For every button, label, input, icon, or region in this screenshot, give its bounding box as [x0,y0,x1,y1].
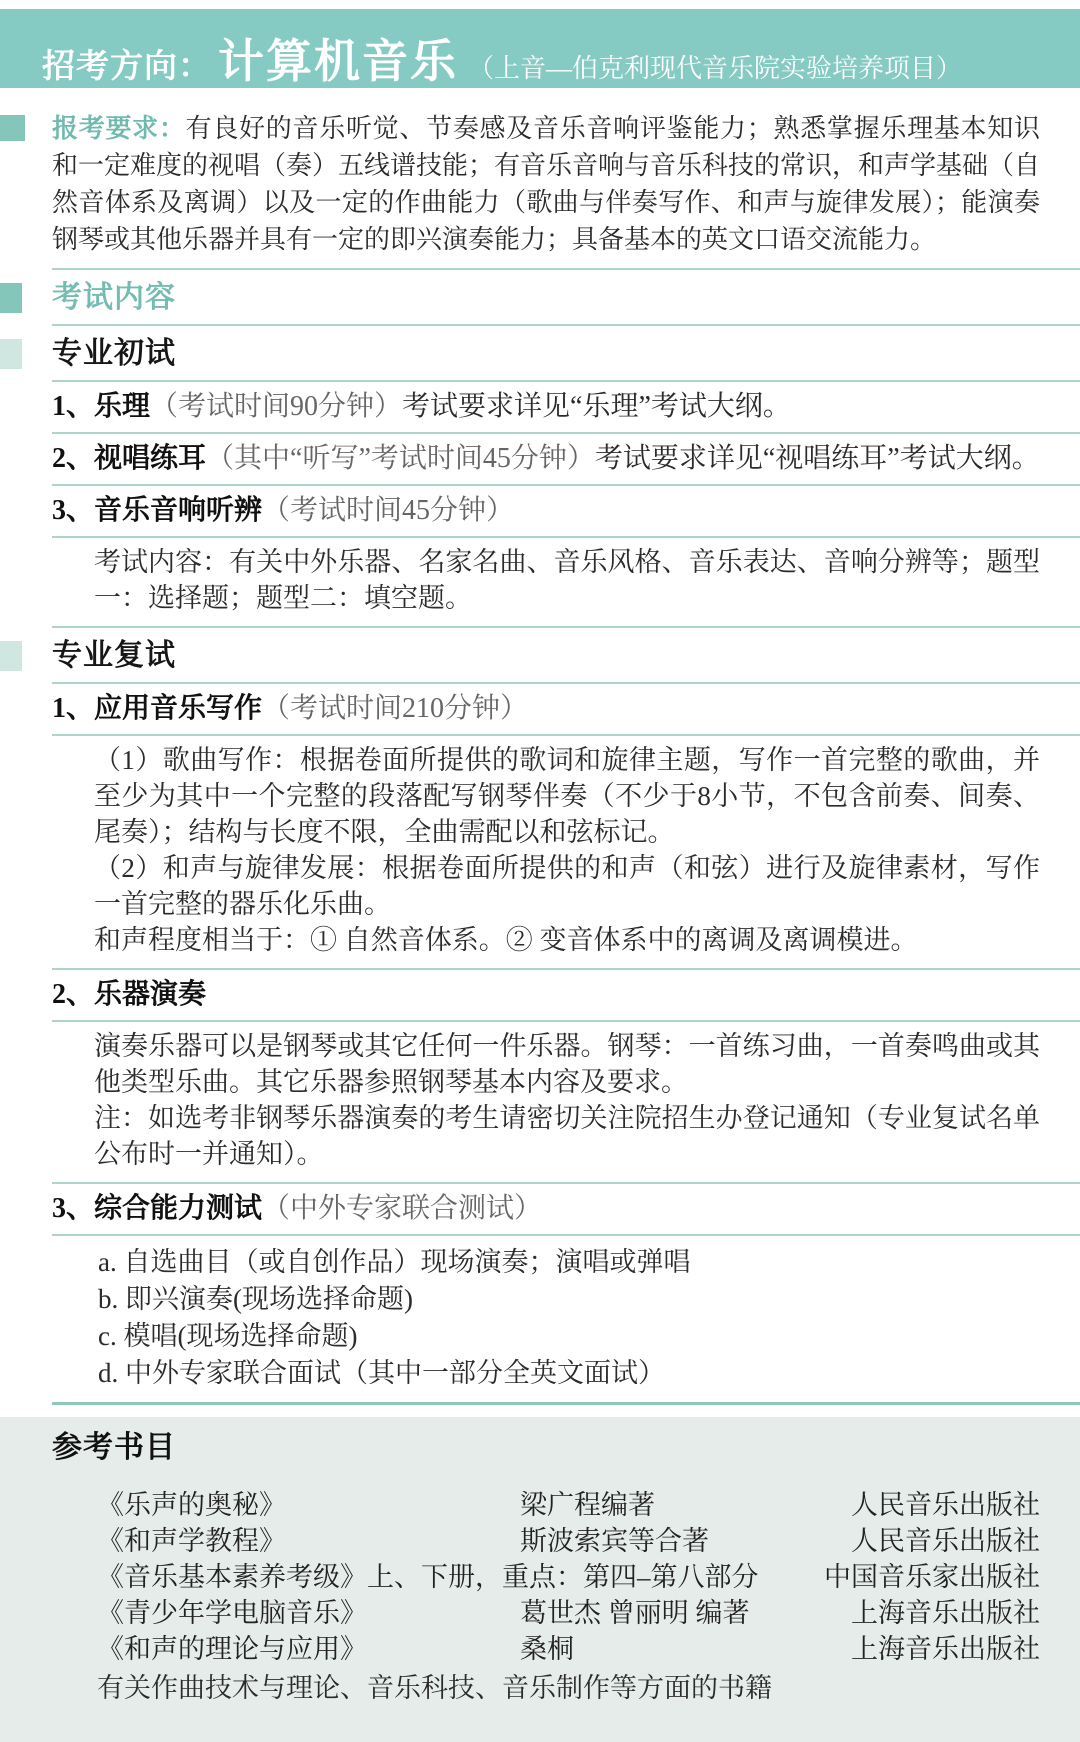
exam-item-rest: 考试要求详见“乐理”考试大纲。 [402,391,791,422]
round-heading: 专业复试 [52,640,1040,672]
page-header: 招考方向： 计算机音乐 （上音—伯克利现代音乐院实验培养项目） [0,9,1080,88]
section-divider [52,968,1080,970]
exam-rounds: 专业初试1、乐理（考试时间90分钟）考试要求详见“乐理”考试大纲。2、视唱练耳（… [52,338,1040,1405]
exam-item: 3、音乐音响听辨（考试时间45分钟） [52,496,1040,526]
book-title: 《音乐基本素养考级》上、下册，重点：第四–第八部分 [97,1559,824,1595]
book-list: 《乐声的奥秘》梁广程编著人民音乐出版社《和声学教程》斯波索宾等合著人民音乐出版社… [97,1487,1040,1667]
section-divider [52,1234,1080,1236]
detail-paragraph: （1）歌曲写作：根据卷面所提供的歌词和旋律主题，写作一首完整的歌曲，并至少为其中… [94,742,1040,850]
exam-item: 1、乐理（考试时间90分钟）考试要求详见“乐理”考试大纲。 [52,392,1040,422]
exam-item: 1、应用音乐写作（考试时间210分钟） [52,694,1040,724]
book-author: 桑桐 [520,1631,824,1667]
section-divider [52,484,1080,486]
requirements-label: 报考要求： [52,114,186,143]
book-author: 斯波索宾等合著 [520,1523,824,1559]
book-publisher: 人民音乐出版社 [824,1523,1040,1559]
exam-item-paren: （考试时间210分钟） [262,693,528,724]
section-divider [52,734,1080,736]
section-divider [52,1020,1080,1022]
detail-paragraph: 注：如选考非钢琴乐器演奏的考生请密切关注院招生办登记通知（专业复试名单公布时一并… [94,1100,1040,1172]
book-title: 《青少年学电脑音乐》 [97,1595,520,1631]
section-marker-square [0,641,22,671]
book-title: 《和声的理论与应用》 [97,1631,520,1667]
list-item: a. 自选曲目（或自创作品）现场演奏；演唱或弹唱 [98,1244,1040,1281]
exam-item-title: 3、综合能力测试 [52,1193,262,1224]
application-requirements: 报考要求：有良好的音乐听觉、节奏感及音乐音响评鉴能力；熟悉掌握乐理基本知识和一定… [52,110,1040,258]
book-title: 《乐声的奥秘》 [97,1487,520,1523]
bibliography-section: 参考书目 《乐声的奥秘》梁广程编著人民音乐出版社《和声学教程》斯波索宾等合著人民… [0,1417,1080,1742]
round-heading: 专业初试 [52,338,1040,370]
bibliography-heading: 参考书目 [52,1433,1040,1463]
book-author: 梁广程编著 [520,1487,824,1523]
section-divider [52,432,1080,434]
book-publisher: 人民音乐出版社 [824,1487,1040,1523]
exam-item-title: 1、乐理 [52,391,150,422]
section-divider [52,324,1080,326]
detail-paragraph: 和声程度相当于：① 自然音体系。② 变音体系中的离调及离调模进。 [94,922,1040,958]
exam-item-paren: （中外专家联合测试） [262,1193,542,1224]
exam-item-paren: （其中“听写”考试时间45分钟） [206,443,595,474]
book-publisher: 上海音乐出版社 [824,1595,1040,1631]
list-item: c. 模唱(现场选择命题) [98,1318,1040,1355]
book-author: 葛世杰 曾丽明 编著 [520,1595,824,1631]
section-divider [52,626,1080,628]
page-title: 计算机音乐 [218,25,458,91]
bibliography-note: 有关作曲技术与理论、音乐科技、音乐制作等方面的书籍 [97,1673,1040,1703]
book-publisher: 上海音乐出版社 [824,1631,1040,1667]
section-divider [52,380,1080,382]
section-divider [52,536,1080,538]
exam-info-page: 招考方向： 计算机音乐 （上音—伯克利现代音乐院实验培养项目） 报考要求：有良好… [0,0,1080,1742]
section-strong-divider [52,1402,1080,1405]
book-title: 《和声学教程》 [97,1523,520,1559]
exam-content-label: 考试内容 [52,281,176,314]
header-subtitle: （上音—伯克利现代音乐院实验培养项目） [468,48,962,85]
section-divider [52,1182,1080,1184]
main-content: 报考要求：有良好的音乐听觉、节奏感及音乐音响评鉴能力；熟悉掌握乐理基本知识和一定… [0,88,1080,1405]
section-divider [52,682,1080,684]
exam-item-list: a. 自选曲目（或自创作品）现场演奏；演唱或弹唱b. 即兴演奏(现场选择命题)c… [98,1244,1040,1392]
exam-item-rest: 考试要求详见“视唱练耳”考试大纲。 [595,443,1040,474]
exam-item: 2、视唱练耳（其中“听写”考试时间45分钟）考试要求详见“视唱练耳”考试大纲。 [52,444,1040,474]
header-direction-label: 招考方向： [42,40,212,87]
exam-item-details: 演奏乐器可以是钢琴或其它任何一件乐器。钢琴：一首练习曲，一首奏鸣曲或其他类型乐曲… [94,1028,1040,1172]
round-heading-label: 专业初试 [52,337,176,370]
exam-item: 3、综合能力测试（中外专家联合测试） [52,1194,1040,1224]
exam-item-details: （1）歌曲写作：根据卷面所提供的歌词和旋律主题，写作一首完整的歌曲，并至少为其中… [94,742,1040,958]
section-marker-square [0,283,22,313]
book-publisher: 中国音乐家出版社 [824,1559,1040,1595]
round-heading-label: 专业复试 [52,639,176,672]
exam-item-details: 考试内容：有关中外乐器、名家名曲、音乐风格、音乐表达、音响分辨等；题型一：选择题… [94,544,1040,616]
exam-item-title: 2、乐器演奏 [52,979,206,1010]
detail-paragraph: 考试内容：有关中外乐器、名家名曲、音乐风格、音乐表达、音响分辨等；题型一：选择题… [94,544,1040,616]
exam-item-paren: （考试时间45分钟） [262,495,514,526]
section-divider [52,268,1080,270]
section-marker-square [0,115,25,141]
list-item: b. 即兴演奏(现场选择命题) [98,1281,1040,1318]
exam-item-title: 2、视唱练耳 [52,443,206,474]
detail-paragraph: （2）和声与旋律发展：根据卷面所提供的和声（和弦）进行及旋律素材，写作一首完整的… [94,850,1040,922]
exam-item: 2、乐器演奏 [52,980,1040,1010]
requirements-text: 有良好的音乐听觉、节奏感及音乐音响评鉴能力；熟悉掌握乐理基本知识和一定难度的视唱… [52,114,1040,254]
exam-item-title: 1、应用音乐写作 [52,693,262,724]
detail-paragraph: 演奏乐器可以是钢琴或其它任何一件乐器。钢琴：一首练习曲，一首奏鸣曲或其他类型乐曲… [94,1028,1040,1100]
list-item: d. 中外专家联合面试（其中一部分全英文面试） [98,1355,1040,1392]
exam-item-paren: （考试时间90分钟） [150,391,402,422]
exam-item-title: 3、音乐音响听辨 [52,495,262,526]
section-marker-square [0,339,22,369]
exam-content-heading: 考试内容 [52,282,1040,314]
